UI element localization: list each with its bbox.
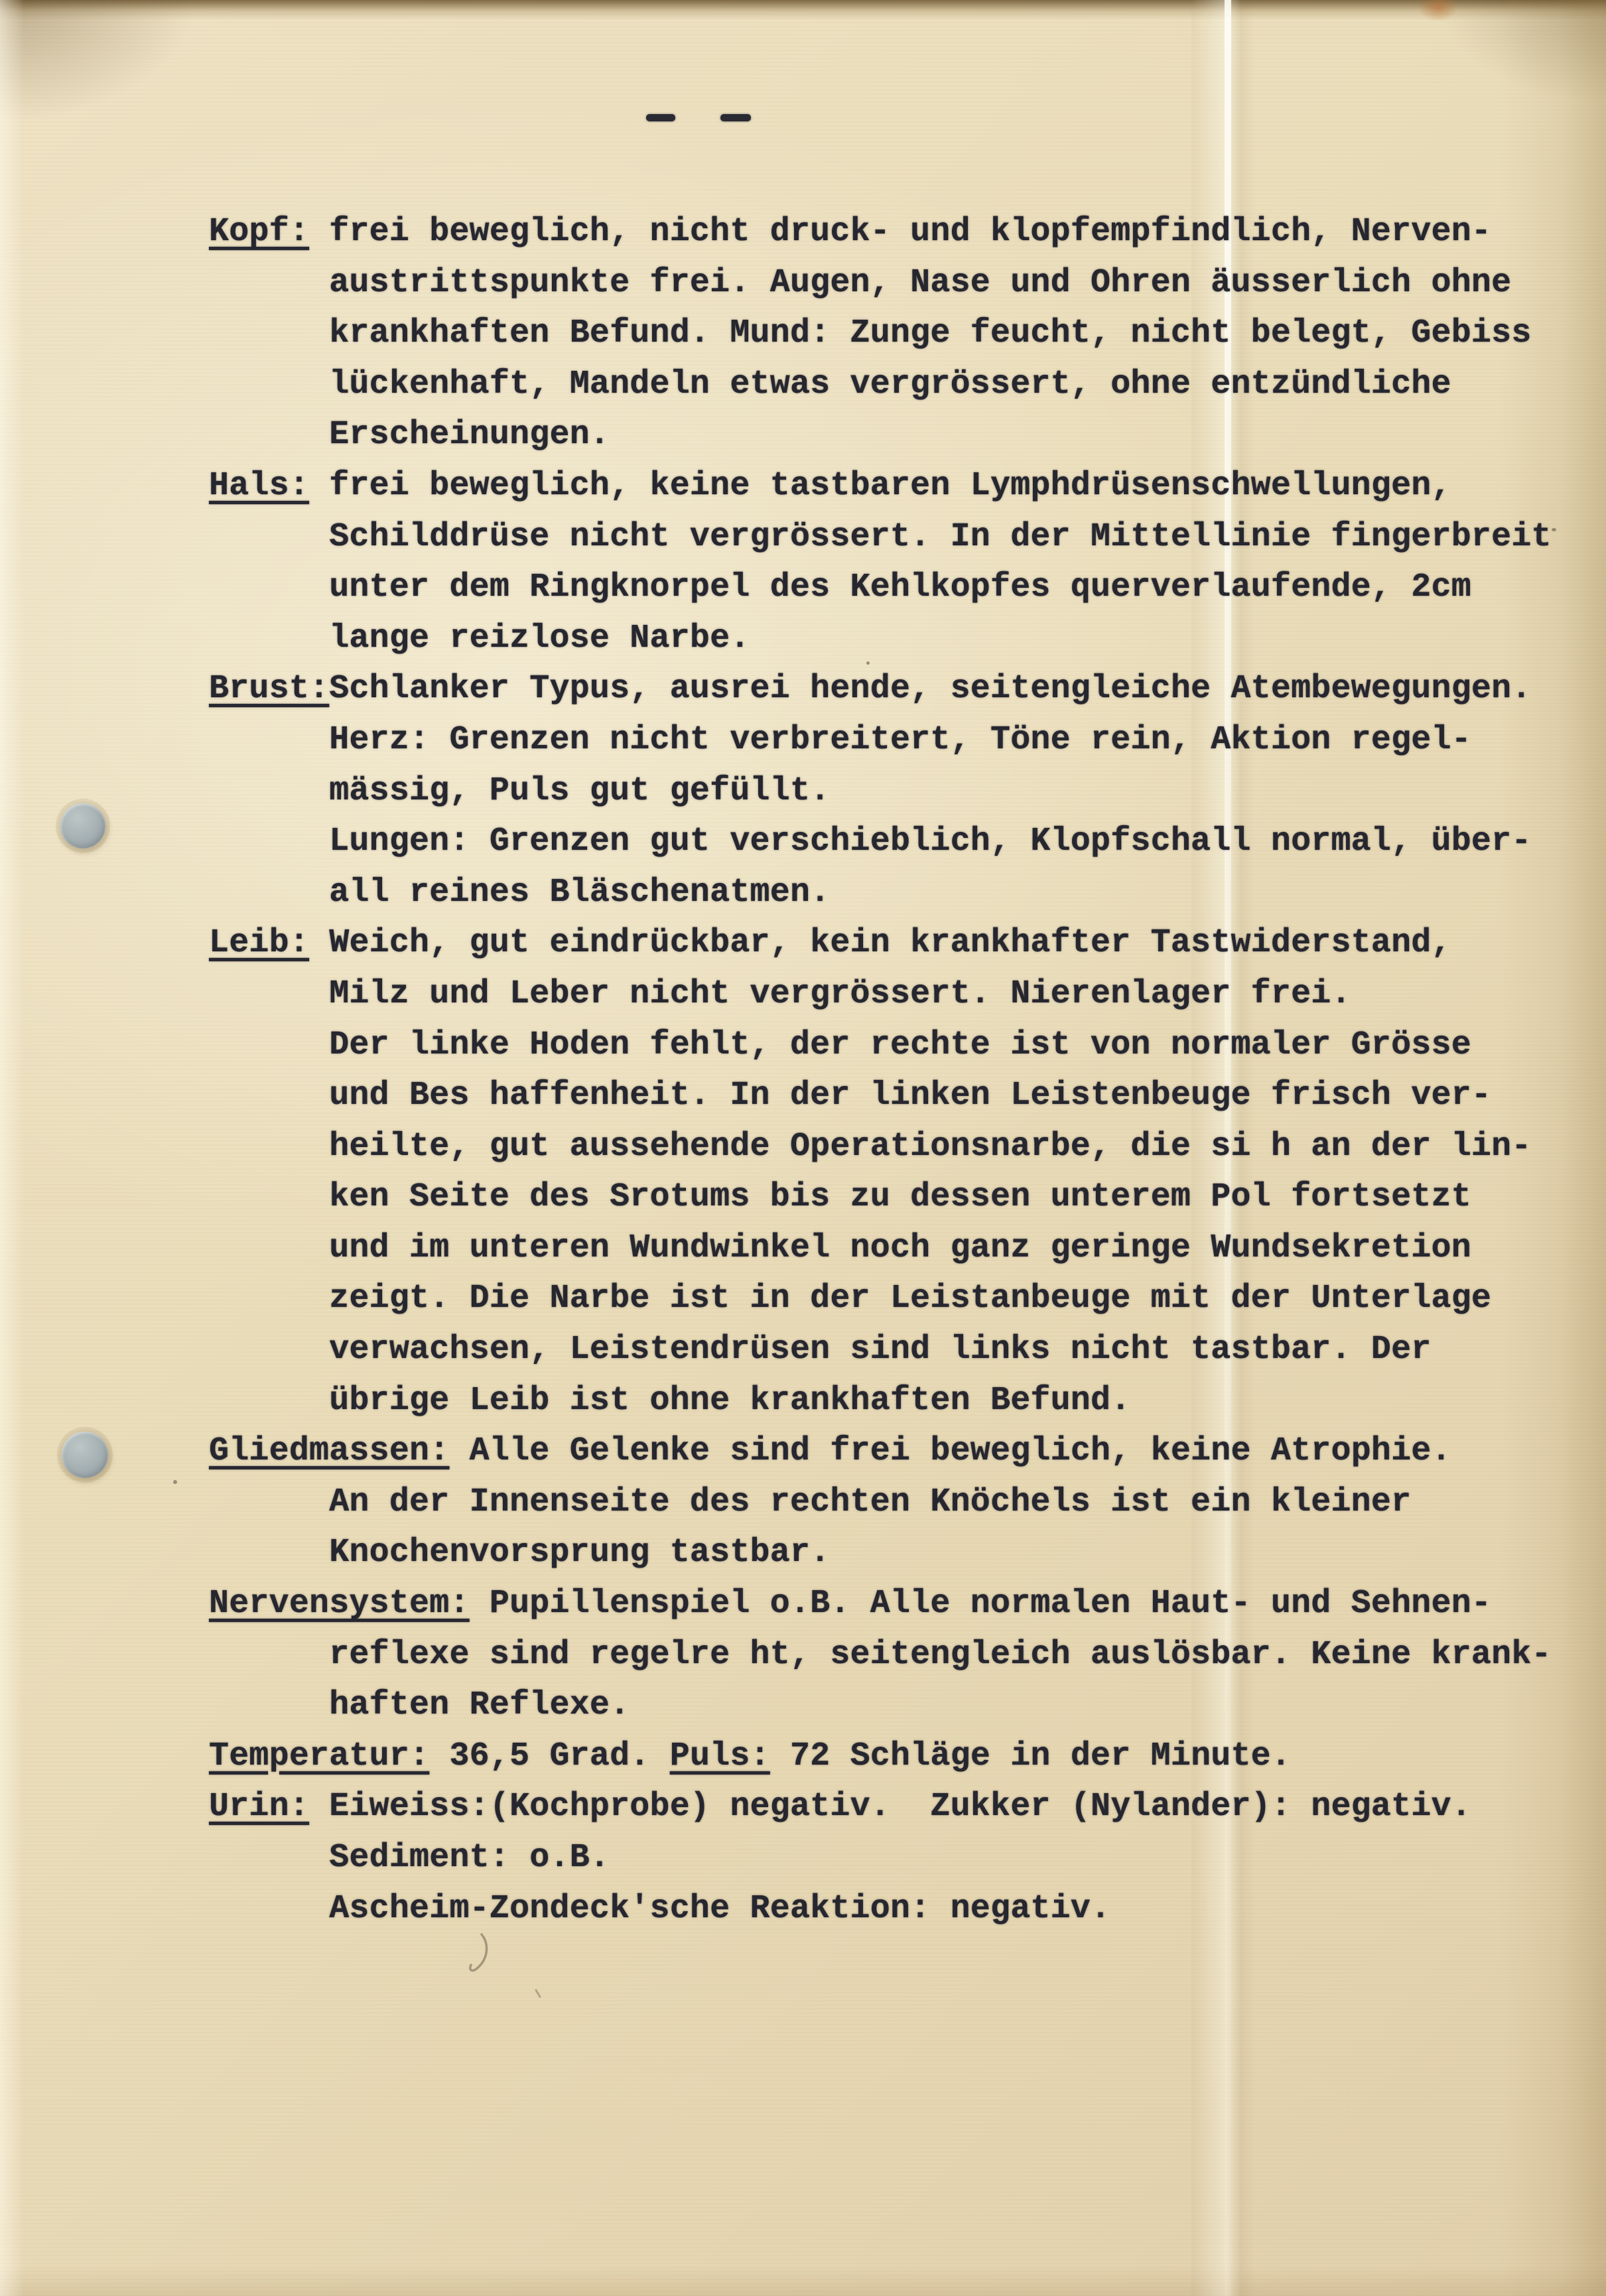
punch-hole-bottom bbox=[62, 1432, 108, 1478]
typed-line: haften Reflexe. bbox=[209, 1680, 1552, 1731]
typed-text: und Bes haffenheit. In der linken Leiste… bbox=[209, 1077, 1491, 1114]
paper-edge-left bbox=[0, 0, 24, 2296]
typed-line: Ascheim-Zondeck'sche Reaktion: negativ. bbox=[209, 1884, 1552, 1935]
typed-text: frei beweglich, nicht druck- und klopfem… bbox=[309, 213, 1491, 251]
scan-shadow-bottom bbox=[0, 2265, 1606, 2296]
typed-text: 72 Schläge in der Minute. bbox=[770, 1737, 1291, 1775]
typed-text: Milz und Leber nicht vergrössert. Nieren… bbox=[209, 975, 1351, 1013]
typed-line: Hals: frei beweglich, keine tastbaren Ly… bbox=[209, 461, 1552, 512]
typed-text: Knochenvorsprung tastbar. bbox=[209, 1534, 830, 1572]
typed-text: austrittspunkte frei. Augen, Nase und Oh… bbox=[209, 264, 1511, 302]
typed-text: mässig, Puls gut gefüllt. bbox=[209, 772, 830, 810]
typed-text: reflexe sind regelre ht, seitengleich au… bbox=[209, 1636, 1552, 1674]
typed-text: 36,5 Grad. bbox=[429, 1737, 669, 1775]
typed-line: Sediment: o.B. bbox=[209, 1833, 1552, 1884]
typed-line: unter dem Ringknorpel des Kehlkopfes que… bbox=[209, 563, 1552, 614]
typed-line: Urin: Eiweiss:(Kochprobe) negativ. Zukke… bbox=[209, 1782, 1552, 1833]
typed-text: all reines Bläschenatmen. bbox=[209, 874, 830, 912]
typed-text: Eiweiss:(Kochprobe) negativ. Zukker (Nyl… bbox=[309, 1788, 1471, 1826]
underlined-label: Hals: bbox=[209, 467, 309, 505]
typed-line: Der linke Hoden fehlt, der rechte ist vo… bbox=[209, 1020, 1552, 1071]
typed-line: Erscheinungen. bbox=[209, 410, 1552, 461]
typed-line: Lungen: Grenzen gut verschieblich, Klopf… bbox=[209, 817, 1552, 868]
typed-text: frei beweglich, keine tastbaren Lymphdrü… bbox=[309, 467, 1451, 505]
typed-text: heilte, gut aussehende Operationsnarbe, … bbox=[209, 1128, 1532, 1166]
typed-text: lückenhaft, Mandeln etwas vergrössert, o… bbox=[209, 366, 1451, 403]
typed-text: zeigt. Die Narbe ist in der Leistanbeuge… bbox=[209, 1280, 1491, 1317]
page-number-dash bbox=[646, 114, 675, 121]
typed-text: krankhaften Befund. Mund: Zunge feucht, … bbox=[209, 314, 1532, 352]
underlined-label: Urin: bbox=[209, 1788, 309, 1826]
typed-line: Gliedmassen: Alle Gelenke sind frei bewe… bbox=[209, 1426, 1552, 1477]
typed-text: Ascheim-Zondeck'sche Reaktion: negativ. bbox=[209, 1890, 1110, 1928]
underlined-label: Kopf: bbox=[209, 213, 309, 251]
typed-text: Sediment: o.B. bbox=[209, 1839, 610, 1877]
typed-text: Weich, gut eindrückbar, kein krankhafter… bbox=[309, 924, 1451, 962]
typed-text: haften Reflexe. bbox=[209, 1686, 630, 1724]
typed-line: Temperatur: 36,5 Grad. Puls: 72 Schläge … bbox=[209, 1731, 1552, 1783]
typed-text-block: Kopf: frei beweglich, nicht druck- und k… bbox=[209, 207, 1552, 1934]
typed-text: Pupillenspiel o.B. Alle normalen Haut- u… bbox=[470, 1585, 1491, 1623]
typed-line: An der Innenseite des rechten Knöchels i… bbox=[209, 1477, 1552, 1528]
typed-line: Herz: Grenzen nicht verbreitert, Töne re… bbox=[209, 715, 1552, 766]
typed-text: unter dem Ringknorpel des Kehlkopfes que… bbox=[209, 569, 1471, 606]
typed-line: mässig, Puls gut gefüllt. bbox=[209, 766, 1552, 817]
paper-speck bbox=[1552, 528, 1556, 531]
typed-line: krankhaften Befund. Mund: Zunge feucht, … bbox=[209, 308, 1552, 360]
punch-hole-top bbox=[60, 803, 105, 848]
scan-shadow-top-left bbox=[0, 0, 279, 172]
typed-line: Kopf: frei beweglich, nicht druck- und k… bbox=[209, 207, 1552, 258]
typed-text: Lungen: Grenzen gut verschieblich, Klopf… bbox=[209, 823, 1532, 860]
typed-text: verwachsen, Leistendrüsen sind links nic… bbox=[209, 1331, 1432, 1369]
pencil-mark bbox=[459, 1921, 552, 2007]
typed-line: heilte, gut aussehende Operationsnarbe, … bbox=[209, 1122, 1552, 1173]
typed-line: reflexe sind regelre ht, seitengleich au… bbox=[209, 1630, 1552, 1681]
paper-speck bbox=[866, 661, 870, 665]
typed-text: Schlanker Typus, ausrei hende, seitengle… bbox=[329, 670, 1531, 708]
typed-line: und im unteren Wundwinkel noch ganz geri… bbox=[209, 1223, 1552, 1274]
typed-text: ken Seite des Srotums bis zu dessen unte… bbox=[209, 1178, 1471, 1216]
typed-line: und Bes haffenheit. In der linken Leiste… bbox=[209, 1071, 1552, 1122]
typed-text: und im unteren Wundwinkel noch ganz geri… bbox=[209, 1229, 1471, 1267]
typed-text: Erscheinungen. bbox=[209, 416, 610, 454]
scanned-document-page: Kopf: frei beweglich, nicht druck- und k… bbox=[0, 0, 1606, 2296]
typed-text: Alle Gelenke sind frei beweglich, keine … bbox=[449, 1432, 1451, 1470]
underlined-label: Gliedmassen: bbox=[209, 1432, 449, 1470]
typed-line: Milz und Leber nicht vergrössert. Nieren… bbox=[209, 969, 1552, 1020]
typed-line: Leib: Weich, gut eindrückbar, kein krank… bbox=[209, 918, 1552, 969]
typed-text: übrige Leib ist ohne krankhaften Befund. bbox=[209, 1382, 1130, 1420]
typed-line: lange reizlose Narbe. bbox=[209, 614, 1552, 665]
typed-line: all reines Bläschenatmen. bbox=[209, 868, 1552, 919]
typed-line: lückenhaft, Mandeln etwas vergrössert, o… bbox=[209, 360, 1552, 411]
underlined-label: Leib: bbox=[209, 924, 309, 962]
typed-text: Schilddrüse nicht vergrössert. In der Mi… bbox=[209, 518, 1552, 556]
typed-line: verwachsen, Leistendrüsen sind links nic… bbox=[209, 1325, 1552, 1376]
typed-line: austrittspunkte frei. Augen, Nase und Oh… bbox=[209, 258, 1552, 309]
typed-line: Knochenvorsprung tastbar. bbox=[209, 1528, 1552, 1579]
underlined-label: Puls: bbox=[670, 1737, 770, 1775]
typed-line: ken Seite des Srotums bis zu dessen unte… bbox=[209, 1172, 1552, 1223]
underlined-label: Brust: bbox=[209, 670, 329, 708]
typed-line: übrige Leib ist ohne krankhaften Befund. bbox=[209, 1376, 1552, 1427]
underlined-label: Nervensystem: bbox=[209, 1585, 470, 1623]
typed-line: zeigt. Die Narbe ist in der Leistanbeuge… bbox=[209, 1274, 1552, 1325]
paper-speck bbox=[173, 1480, 177, 1484]
typed-line: Brust:Schlanker Typus, ausrei hende, sei… bbox=[209, 664, 1552, 715]
page-number-dash bbox=[720, 114, 751, 121]
typed-text: Der linke Hoden fehlt, der rechte ist vo… bbox=[209, 1026, 1471, 1064]
typed-line: Schilddrüse nicht vergrössert. In der Mi… bbox=[209, 512, 1552, 563]
typed-text: An der Innenseite des rechten Knöchels i… bbox=[209, 1483, 1411, 1521]
underlined-label: Temperatur: bbox=[209, 1737, 429, 1775]
typed-text: Herz: Grenzen nicht verbreitert, Töne re… bbox=[209, 721, 1471, 759]
typed-line: Nervensystem: Pupillenspiel o.B. Alle no… bbox=[209, 1579, 1552, 1630]
typed-text: lange reizlose Narbe. bbox=[209, 620, 750, 657]
